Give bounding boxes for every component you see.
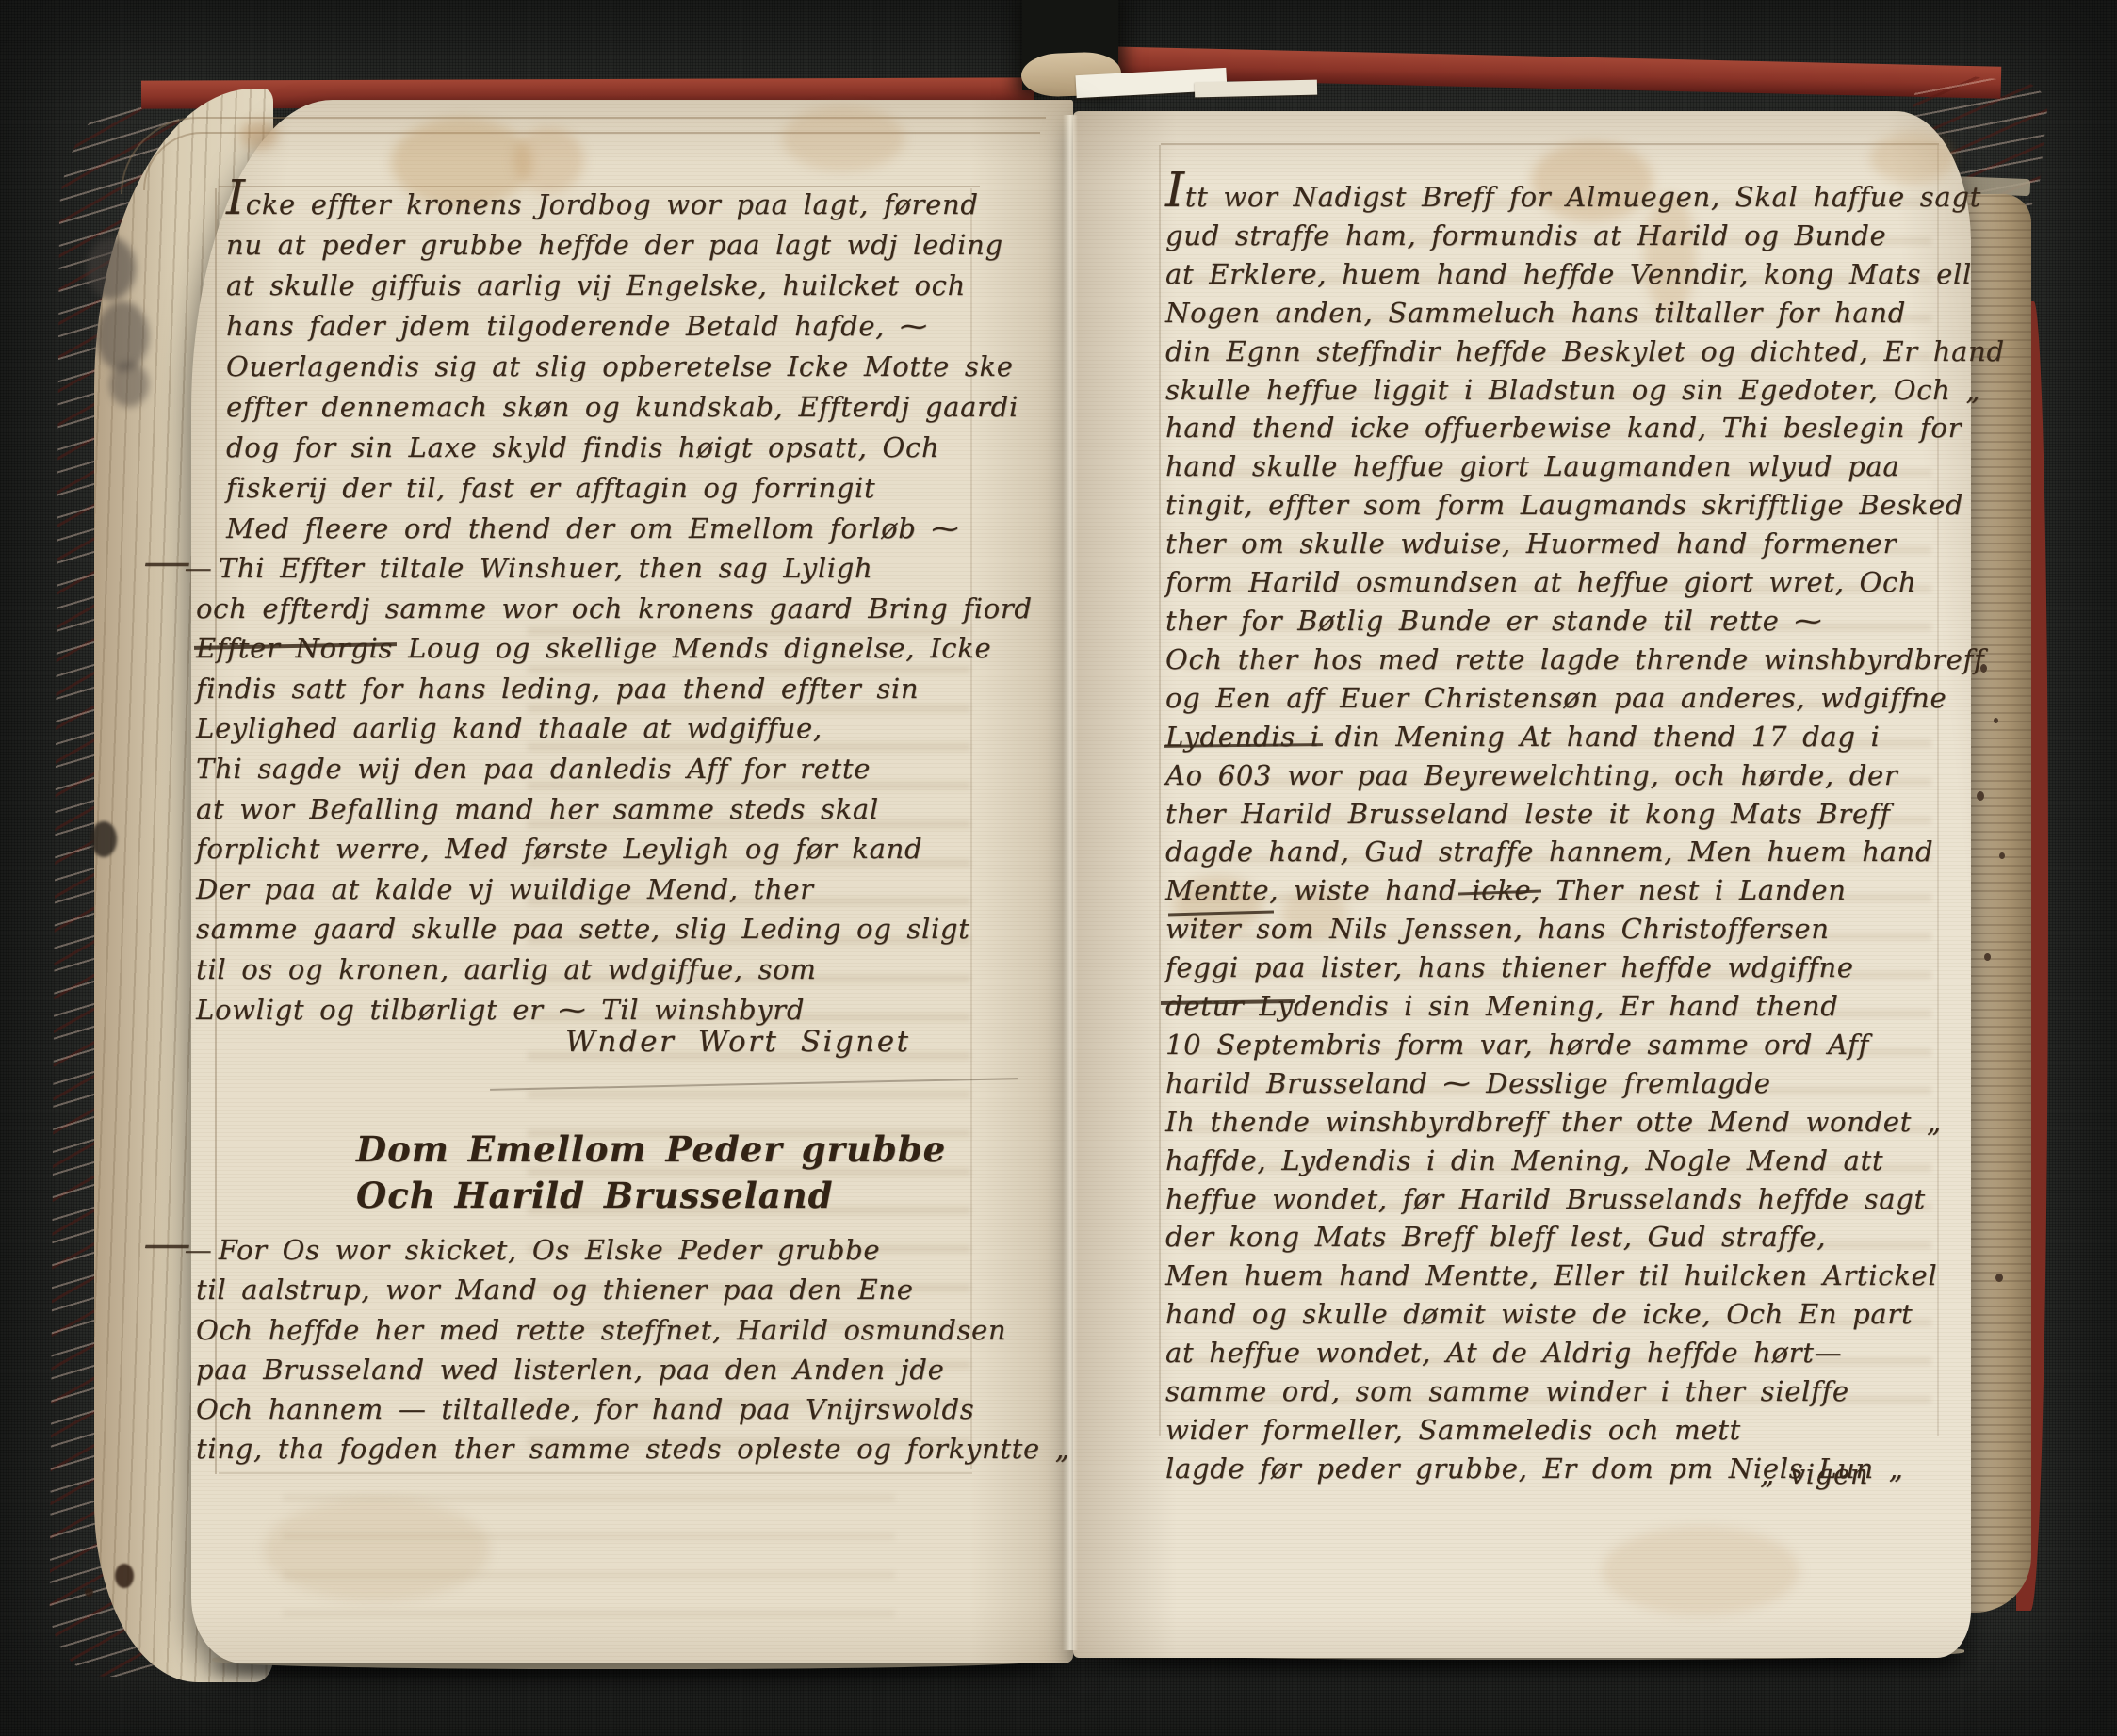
manuscript-line: haffde, Lydendis i din Mening, Nogle Men… xyxy=(1165,1142,2005,1180)
manuscript-line: til os og kronen, aarlig at wdgiffue, so… xyxy=(196,949,1033,990)
manuscript-line: hand thend icke offuerbewise kand, Thi b… xyxy=(1165,409,2005,447)
manuscript-line: Itt wor Nadigst Breff for Almuegen, Skal… xyxy=(1165,177,2005,217)
photo-background: Icke effter kronens Jordbog wor paa lagt… xyxy=(0,0,2117,1736)
manuscript-line: Med fleere ord thend der om Emellom forl… xyxy=(226,509,1018,549)
manuscript-line: Leylighed aarlig kand thaale at wdgiffue… xyxy=(196,708,1033,749)
manuscript-line: dog for sin Laxe skyld findis høigt opsa… xyxy=(226,428,1018,468)
manuscript-line: at heffue wondet, At de Aldrig heffde hø… xyxy=(1165,1334,2005,1372)
manuscript-line: ther om skulle wduise, Huormed hand form… xyxy=(1165,525,2005,563)
ruled-margin-line xyxy=(219,1472,972,1474)
left-page-paragraph-3: For Os wor skicket, Os Elske Peder grubb… xyxy=(196,1230,1070,1469)
manuscript-line: witer som Nils Jenssen, hans Christoffer… xyxy=(1165,910,2005,949)
manuscript-line: dagde hand, Gud straffe hannem, Men huem… xyxy=(1165,833,2005,871)
manuscript-line: hans fader jdem tilgoderende Betald hafd… xyxy=(226,306,1018,347)
manuscript-line: findis satt for hans leding, paa thend e… xyxy=(196,669,1033,709)
manuscript-line: Icke effter kronens Jordbog wor paa lagt… xyxy=(226,185,1018,225)
left-page-paragraph-2: Thi Effter tiltale Winshuer, then sag Ly… xyxy=(196,548,1033,1030)
manuscript-line: form Harild osmundsen at heffue giort wr… xyxy=(1165,563,2005,602)
manuscript-line: nu at peder grubbe heffde der paa lagt w… xyxy=(226,225,1018,266)
manuscript-line: detur Lydendis i sin Mening, Er hand the… xyxy=(1165,987,2005,1026)
manuscript-line: heffue wondet, før Harild Brusselands he… xyxy=(1165,1180,2005,1219)
manuscript-line: lagde før peder grubbe, Er dom pm Niels … xyxy=(1165,1450,2005,1488)
manuscript-line: ting, tha fogden ther samme steds oplest… xyxy=(196,1429,1070,1468)
left-page-paragraph-1: Icke effter kronens Jordbog wor paa lagt… xyxy=(226,185,1018,549)
manuscript-line: paa Brusseland wed listerlen, paa den An… xyxy=(196,1350,1070,1389)
manuscript-line: Thi Effter tiltale Winshuer, then sag Ly… xyxy=(196,548,1033,589)
manuscript-line: Ouerlagendis sig at slig opberetelse Ick… xyxy=(226,347,1018,387)
manuscript-line: och effterdj samme wor och kronens gaard… xyxy=(196,589,1033,629)
manuscript-line: For Os wor skicket, Os Elske Peder grubb… xyxy=(196,1230,1070,1270)
manuscript-line: effter dennemach skøn og kundskab, Effte… xyxy=(226,387,1018,428)
manuscript-line: samme ord, som samme winder i ther sielf… xyxy=(1165,1372,2005,1411)
manuscript-line: at Erklere, huem hand heffde Venndir, ko… xyxy=(1165,255,2005,294)
manuscript-line: Mentte, wiste hand icke, Ther nest i Lan… xyxy=(1165,871,2005,910)
manuscript-line: fiskerij der til, fast er afftagin og fo… xyxy=(226,468,1018,509)
manuscript-line: skulle heffue liggit i Bladstun og sin E… xyxy=(1165,371,2005,410)
catchword: „ vigen xyxy=(1760,1458,1868,1490)
manuscript-line: og Een aff Euer Christensøn paa anderes,… xyxy=(1165,679,2005,718)
leaf-corner-line xyxy=(143,132,1040,190)
manuscript-line: Lydendis i din Mening At hand thend 17 d… xyxy=(1165,718,2005,756)
manuscript-line: Lowligt og tilbørligt er ⁓ Til winshbyrd xyxy=(196,990,1033,1030)
closing-formula-text: Wnder Wort Signet xyxy=(565,1025,911,1059)
manuscript-line: tingit, effter som form Laugmands skriff… xyxy=(1165,486,2005,525)
manuscript-line: Nogen anden, Sammeluch hans tiltaller fo… xyxy=(1165,294,2005,333)
manuscript-line: ther for Bøtlig Bunde er stande til rett… xyxy=(1165,602,2005,641)
manuscript-line: din Egnn steffndir heffde Beskylet og di… xyxy=(1165,333,2005,371)
protruding-page-slip xyxy=(1195,80,1317,98)
manuscript-line: samme gaard skulle paa sette, slig Ledin… xyxy=(196,909,1033,949)
case-heading-line: Och Harild Brusseland xyxy=(356,1173,808,1219)
ruled-margin-line xyxy=(1159,145,1161,1436)
manuscript-line: Der paa at kalde vj wuildige Mend, ther xyxy=(196,869,1033,910)
manuscript-line: ther Harild Brusseland leste it kong Mat… xyxy=(1165,795,2005,834)
manuscript-line: Ih thende winshbyrdbreff ther otte Mend … xyxy=(1165,1103,2005,1142)
manuscript-line: Och heffde her med rette steffnet, Haril… xyxy=(196,1310,1070,1350)
manuscript-line: hand og skulle dømit wiste de icke, Och … xyxy=(1165,1295,2005,1334)
manuscript-line: gud straffe ham, formundis at Harild og … xyxy=(1165,217,2005,255)
manuscript-line: at wor Befalling mand her samme steds sk… xyxy=(196,789,1033,830)
manuscript-line: harild Brusseland ⁓ Desslige fremlagde xyxy=(1165,1064,2005,1103)
catchword-text: „ vigen xyxy=(1760,1458,1868,1490)
manuscript-line: wider formeller, Sammeledis och mett xyxy=(1165,1411,2005,1450)
manuscript-line: Ao 603 wor paa Beyrewelchting, och hørde… xyxy=(1165,756,2005,795)
right-page-paragraph-1: Itt wor Nadigst Breff for Almuegen, Skal… xyxy=(1165,177,2005,1488)
manuscript-line: til aalstrup, wor Mand og thiener paa de… xyxy=(196,1270,1070,1309)
manuscript-line: hand skulle heffue giort Laugmanden wlyu… xyxy=(1165,447,2005,486)
manuscript-line: Men huem hand Mentte, Eller til huilcken… xyxy=(1165,1257,2005,1295)
manuscript-line: Och hannem — tiltallede, for hand paa Vn… xyxy=(196,1389,1070,1429)
closing-formula: Wnder Wort Signet xyxy=(565,1025,911,1059)
manuscript-line: Och ther hos med rette lagde thrende win… xyxy=(1165,641,2005,679)
manuscript-line: forplicht werre, Med første Leyligh og f… xyxy=(196,829,1033,869)
manuscript-line: feggi paa lister, hans thiener heffde wd… xyxy=(1165,949,2005,987)
manuscript-line: at skulle giffuis aarlig vij Engelske, h… xyxy=(226,266,1018,306)
case-heading: Dom Emellom Peder grubbe Och Harild Brus… xyxy=(356,1127,808,1219)
case-heading-line: Dom Emellom Peder grubbe xyxy=(356,1127,808,1173)
manuscript-line: Effter Norgis Loug og skellige Mends dig… xyxy=(196,628,1033,669)
manuscript-line: Thi sagde wij den paa danledis Aff for r… xyxy=(196,749,1033,789)
ruled-margin-line xyxy=(1161,143,1939,145)
manuscript-line: 10 Septembris form var, hørde samme ord … xyxy=(1165,1026,2005,1064)
manuscript-line: der kong Mats Breff bleff lest, Gud stra… xyxy=(1165,1218,2005,1257)
